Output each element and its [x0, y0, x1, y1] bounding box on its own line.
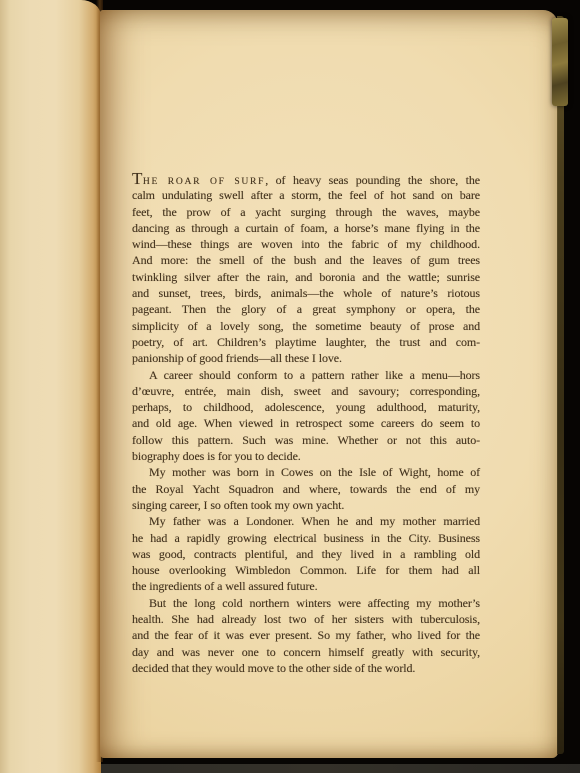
text-line: biography does is for you to decide. — [132, 448, 480, 464]
gilt-edge-glint — [552, 18, 568, 106]
text-line: d’œuvre, entrée, main dish, sweet and sa… — [132, 383, 480, 399]
text-line: was good, contracts plentiful, and they … — [132, 546, 480, 562]
text-line: house overlooking Wimbledon Common. Life… — [132, 562, 480, 578]
text-line: calm undulating swell after a storm, the… — [132, 187, 480, 203]
opening-line: THE ROAR OF SURF, of heavy seas pounding… — [132, 171, 480, 187]
book-photo-scene: THE ROAR OF SURF, of heavy seas pounding… — [0, 0, 580, 773]
text-line: the ingredients of a well assured future… — [132, 578, 480, 594]
text-line: decided that they would move to the othe… — [132, 660, 480, 676]
opening-small-caps: HE ROAR OF SURF — [143, 176, 265, 187]
paragraph: My father was a Londoner. When he and my… — [132, 513, 480, 594]
text-line: But the long cold northern winters were … — [132, 595, 480, 611]
text-line: dancing as through a curtain of foam, a … — [132, 220, 480, 236]
text-line: he had a rapidly growing electrical busi… — [132, 530, 480, 546]
paragraph: But the long cold northern winters were … — [132, 595, 480, 676]
paragraph: A career should conform to a pattern rat… — [132, 367, 480, 465]
text-line: panionship of good friends—all these I l… — [132, 350, 480, 366]
opening-drop-cap: T — [132, 169, 143, 188]
opening-line-rest: , of heavy seas pounding the shore, the — [265, 173, 480, 187]
text-line: twinkling silver after the rain, and bor… — [132, 269, 480, 285]
text-line: health. She had already lost two of her … — [132, 611, 480, 627]
text-line: follow this pattern. Such was mine. Whet… — [132, 432, 480, 448]
paragraph: THE ROAR OF SURF, of heavy seas pounding… — [132, 171, 480, 367]
text-line: singing career, I so often took my own y… — [132, 497, 480, 513]
text-block: THE ROAR OF SURF, of heavy seas pounding… — [132, 171, 480, 676]
text-line: A career should conform to a pattern rat… — [132, 367, 480, 383]
text-line: feet, the prow of a yacht surging throug… — [132, 204, 480, 220]
text-line: and the fear of it was ever present. So … — [132, 627, 480, 643]
page-block-fore-edge — [557, 16, 564, 754]
text-line: the Royal Yacht Squadron and where, towa… — [132, 481, 480, 497]
text-line: pageant. Then the glory of a great symph… — [132, 301, 480, 317]
text-line: perhaps, to childhood, adolescence, youn… — [132, 399, 480, 415]
text-line: wind—these things are woven into the fab… — [132, 236, 480, 252]
text-line: and sunset, trees, birds, animals—the wh… — [132, 285, 480, 301]
text-line: and old age. When viewed in retrospect s… — [132, 415, 480, 431]
text-line: day and was never one to concern himself… — [132, 644, 480, 660]
book-page: THE ROAR OF SURF, of heavy seas pounding… — [100, 10, 558, 758]
text-line: My father was a Londoner. When he and my… — [132, 513, 480, 529]
text-line: My mother was born in Cowes on the Isle … — [132, 464, 480, 480]
text-line: simplicity of a lovely song, the sometim… — [132, 318, 480, 334]
facing-page-edge — [0, 0, 101, 773]
paragraph: My mother was born in Cowes on the Isle … — [132, 464, 480, 513]
text-line: And more: the smell of the bush and the … — [132, 252, 480, 268]
text-line: poetry, of art. Children’s playtime laug… — [132, 334, 480, 350]
